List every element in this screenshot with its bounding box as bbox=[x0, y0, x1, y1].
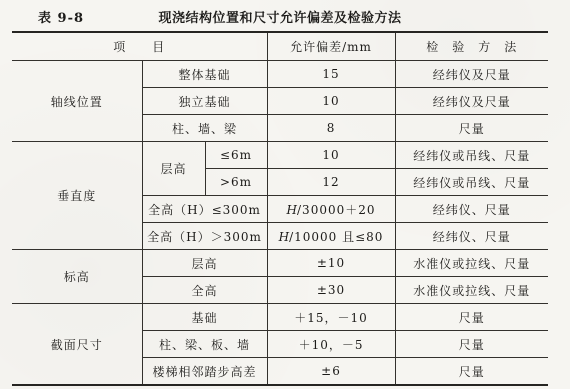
cell-method: 水准仪或拉线、尺量 bbox=[395, 277, 548, 304]
cell-method: 经纬仪或吊线、尺量 bbox=[395, 142, 548, 169]
cell-method: 尺量 bbox=[395, 358, 548, 386]
cell-item: 柱、梁、板、墙 bbox=[142, 331, 267, 358]
cell-deviation: ±30 bbox=[267, 277, 395, 304]
cell-method: 经纬仪及尺量 bbox=[395, 88, 548, 115]
cell-deviation: 15 bbox=[267, 61, 395, 88]
cell-method: 经纬仪、尺量 bbox=[395, 223, 548, 250]
cell-deviation: 12 bbox=[267, 169, 395, 196]
cell-item: 基础 bbox=[142, 304, 267, 331]
scanned-page: 表 9-8 现浇结构位置和尺寸允许偏差及检验方法 项 目 允许偏差/mm 检 验… bbox=[0, 0, 570, 389]
cell-category-elevation: 标高 bbox=[12, 250, 142, 304]
cell-deviation: 10 bbox=[267, 142, 395, 169]
header-item: 项 目 bbox=[12, 32, 267, 61]
cell-item: 柱、墙、梁 bbox=[142, 115, 267, 142]
title-row: 表 9-8 现浇结构位置和尺寸允许偏差及检验方法 bbox=[12, 7, 548, 27]
cell-item: 层高 bbox=[142, 250, 267, 277]
cell-deviation: ±6 bbox=[267, 358, 395, 386]
cell-item: 全高（H）≤300m bbox=[142, 196, 267, 223]
cell-deviation: H/10000 且≤80 bbox=[267, 223, 395, 250]
cell-item: 整体基础 bbox=[142, 61, 267, 88]
cell-method: 经纬仪及尺量 bbox=[395, 61, 548, 88]
cell-deviation: 10 bbox=[267, 88, 395, 115]
cell-deviation: ±10 bbox=[267, 250, 395, 277]
cell-category-section-size: 截面尺寸 bbox=[12, 304, 142, 386]
tolerance-table: 项 目 允许偏差/mm 检 验 方 法 轴线位置 整体基础 15 经纬仪及尺量 … bbox=[12, 31, 548, 386]
header-row: 项 目 允许偏差/mm 检 验 方 法 bbox=[12, 32, 548, 61]
cell-item: 独立基础 bbox=[142, 88, 267, 115]
cell-deviation: H/30000＋20 bbox=[267, 196, 395, 223]
cell-method: 尺量 bbox=[395, 304, 548, 331]
table-row: 截面尺寸 基础 ＋15，－10 尺量 bbox=[12, 304, 548, 331]
cell-method: 尺量 bbox=[395, 115, 548, 142]
table-row: 垂直度 层高 ≤6m 10 经纬仪或吊线、尺量 bbox=[12, 142, 548, 169]
cell-method: 尺量 bbox=[395, 331, 548, 358]
cell-category-axis: 轴线位置 bbox=[12, 61, 142, 142]
cell-item: >6m bbox=[205, 169, 267, 196]
cell-method: 经纬仪、尺量 bbox=[395, 196, 548, 223]
cell-method: 水准仪或拉线、尺量 bbox=[395, 250, 548, 277]
cell-item: 全高 bbox=[142, 277, 267, 304]
table-title: 现浇结构位置和尺寸允许偏差及检验方法 bbox=[12, 7, 548, 26]
header-method: 检 验 方 法 bbox=[395, 32, 548, 61]
table-row: 标高 层高 ±10 水准仪或拉线、尺量 bbox=[12, 250, 548, 277]
cell-floor-height: 层高 bbox=[142, 142, 205, 196]
cell-item: ≤6m bbox=[205, 142, 267, 169]
cell-item: 全高（H）＞300m bbox=[142, 223, 267, 250]
cell-item: 楼梯相邻踏步高差 bbox=[142, 358, 267, 386]
cell-category-verticality: 垂直度 bbox=[12, 142, 142, 250]
table-row: 轴线位置 整体基础 15 经纬仪及尺量 bbox=[12, 61, 548, 88]
cell-method: 经纬仪或吊线、尺量 bbox=[395, 169, 548, 196]
cell-deviation: ＋10，－5 bbox=[267, 331, 395, 358]
cell-deviation: 8 bbox=[267, 115, 395, 142]
header-deviation: 允许偏差/mm bbox=[267, 32, 395, 61]
cell-deviation: ＋15，－10 bbox=[267, 304, 395, 331]
